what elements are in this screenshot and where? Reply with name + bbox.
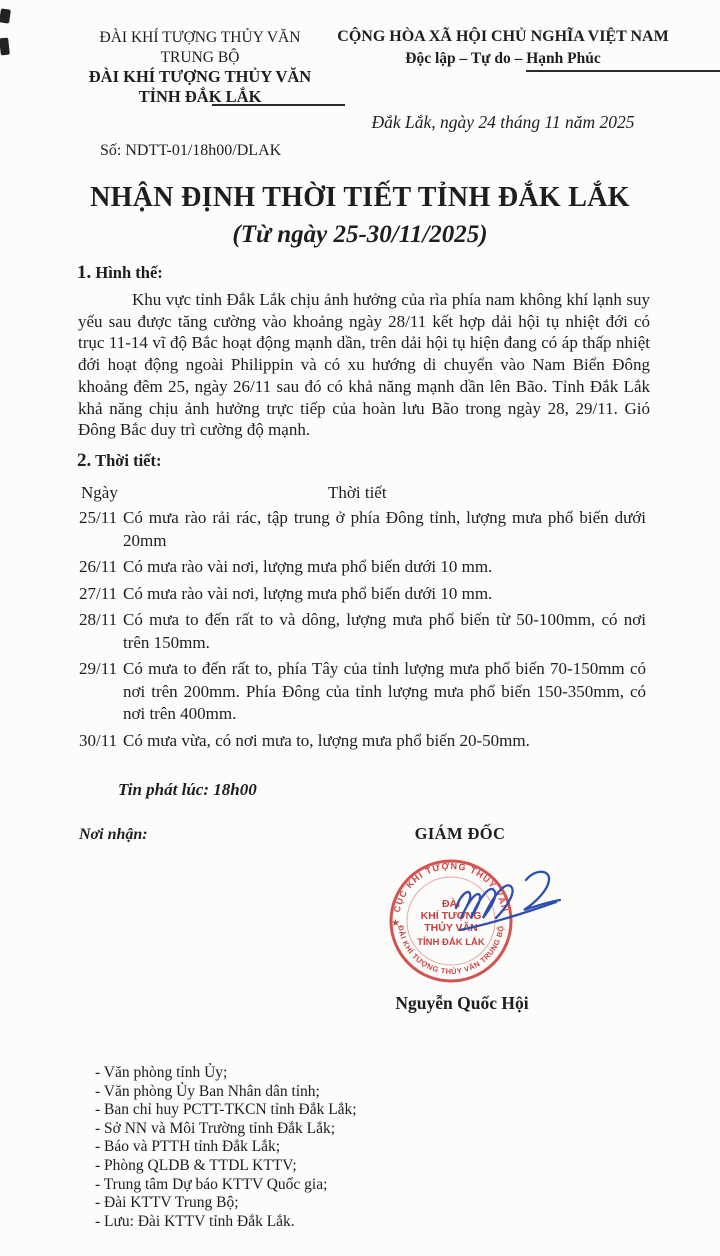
column-header-day: Ngày	[81, 483, 118, 503]
forecast-day: 30/11	[79, 730, 123, 753]
recipient-item: - Sở NN và Môi Trường tỉnh Đắk Lắk;	[95, 1120, 357, 1139]
recipient-item: - Văn phòng tỉnh Ủy;	[95, 1064, 357, 1083]
national-title: CỘNG HÒA XÃ HỘI CHỦ NGHĨA VIỆT NAM	[318, 27, 688, 47]
recipient-item: - Đài KTTV Trung Bộ;	[95, 1194, 357, 1213]
agency-parent-line2: TRUNG BỘ	[55, 48, 345, 68]
document-title: NHẬN ĐỊNH THỜI TIẾT TỈNH ĐẮK LẮK	[0, 182, 720, 214]
forecast-day: 26/11	[79, 556, 123, 579]
section1-heading: 1. Hình thế:	[77, 262, 163, 284]
synoptic-paragraph: Khu vực tỉnh Đắk Lắk chịu ảnh hưởng của …	[78, 289, 650, 441]
forecast-row: 25/11 Có mưa rào rải rác, tập trung ở ph…	[79, 507, 646, 552]
forecast-text: Có mưa to đến rất to, phía Tây của tỉnh …	[123, 658, 646, 726]
forecast-day: 25/11	[79, 507, 123, 552]
forecast-day: 29/11	[79, 658, 123, 726]
signer-title: GIÁM ĐỐC	[360, 824, 560, 844]
motto-underline	[526, 70, 720, 72]
issue-time: Tin phát lúc: 18h00	[118, 780, 257, 800]
forecast-text: Có mưa to đến rất to và dông, lượng mưa …	[123, 609, 646, 654]
recipients-list: - Văn phòng tỉnh Ủy; - Văn phòng Ủy Ban …	[95, 1064, 357, 1231]
forecast-row: 29/11 Có mưa to đến rất to, phía Tây của…	[79, 658, 646, 726]
recipient-item: - Trung tâm Dự báo KTTV Quốc gia;	[95, 1176, 357, 1195]
forecast-day: 28/11	[79, 609, 123, 654]
column-header-weather: Thời tiết	[328, 483, 387, 503]
signer-name: Nguyễn Quốc Hội	[362, 993, 562, 1014]
agency-underline	[212, 104, 345, 106]
recipient-item: - Ban chỉ huy PCTT-TKCN tỉnh Đắk Lắk;	[95, 1101, 357, 1120]
recipients-label: Nơi nhận:	[79, 826, 148, 844]
date-line: Đắk Lắk, ngày 24 tháng 11 năm 2025	[318, 112, 688, 133]
recipient-item: - Báo và PTTH tỉnh Đắk Lắk;	[95, 1138, 357, 1157]
forecast-row: 27/11 Có mưa rào vài nơi, lượng mưa phổ …	[79, 583, 646, 606]
recipient-item: - Văn phòng Ủy Ban Nhân dân tỉnh;	[95, 1083, 357, 1102]
section1-number: 1.	[77, 262, 91, 283]
section2-heading: 2. Thời tiết:	[77, 450, 162, 472]
forecast-text: Có mưa rào vài nơi, lượng mưa phổ biến d…	[123, 556, 646, 579]
recipient-item: - Lưu: Đài KTTV tỉnh Đắk Lắk.	[95, 1213, 357, 1232]
forecast-table: 25/11 Có mưa rào rải rác, tập trung ở ph…	[79, 507, 646, 756]
forecast-text: Có mưa rào rải rác, tập trung ở phía Đôn…	[123, 507, 646, 552]
handwritten-signature	[448, 862, 573, 947]
forecast-text: Có mưa vừa, có nơi mưa to, lượng mưa phổ…	[123, 730, 646, 753]
scan-artifact	[0, 8, 11, 23]
forecast-text: Có mưa rào vài nơi, lượng mưa phổ biến d…	[123, 583, 646, 606]
document-subtitle: (Từ ngày 25-30/11/2025)	[0, 221, 720, 249]
scan-artifact	[0, 38, 10, 56]
national-header-block: CỘNG HÒA XÃ HỘI CHỦ NGHĨA VIỆT NAM Độc l…	[318, 27, 688, 69]
forecast-row: 26/11 Có mưa rào vài nơi, lượng mưa phổ …	[79, 556, 646, 579]
section2-title: Thời tiết:	[91, 451, 161, 470]
document-number: Số: NDTT-01/18h00/DLAK	[100, 142, 281, 160]
agency-parent-line1: ĐÀI KHÍ TƯỢNG THỦY VĂN	[55, 28, 345, 48]
document-page: ĐÀI KHÍ TƯỢNG THỦY VĂN TRUNG BỘ ĐÀI KHÍ …	[0, 0, 720, 1256]
forecast-day: 27/11	[79, 583, 123, 606]
forecast-row: 30/11 Có mưa vừa, có nơi mưa to, lượng m…	[79, 730, 646, 753]
section1-title: Hình thế:	[91, 263, 163, 282]
stamp-star-icon: ★	[391, 918, 400, 929]
forecast-row: 28/11 Có mưa to đến rất to và dông, lượn…	[79, 609, 646, 654]
issuing-agency-block: ĐÀI KHÍ TƯỢNG THỦY VĂN TRUNG BỘ ĐÀI KHÍ …	[55, 28, 345, 106]
recipient-item: - Phòng QLDB & TTDL KTTV;	[95, 1157, 357, 1176]
national-motto: Độc lập – Tự do – Hạnh Phúc	[318, 49, 688, 69]
section2-number: 2.	[77, 450, 91, 471]
agency-name-line1: ĐÀI KHÍ TƯỢNG THỦY VĂN	[55, 67, 345, 87]
